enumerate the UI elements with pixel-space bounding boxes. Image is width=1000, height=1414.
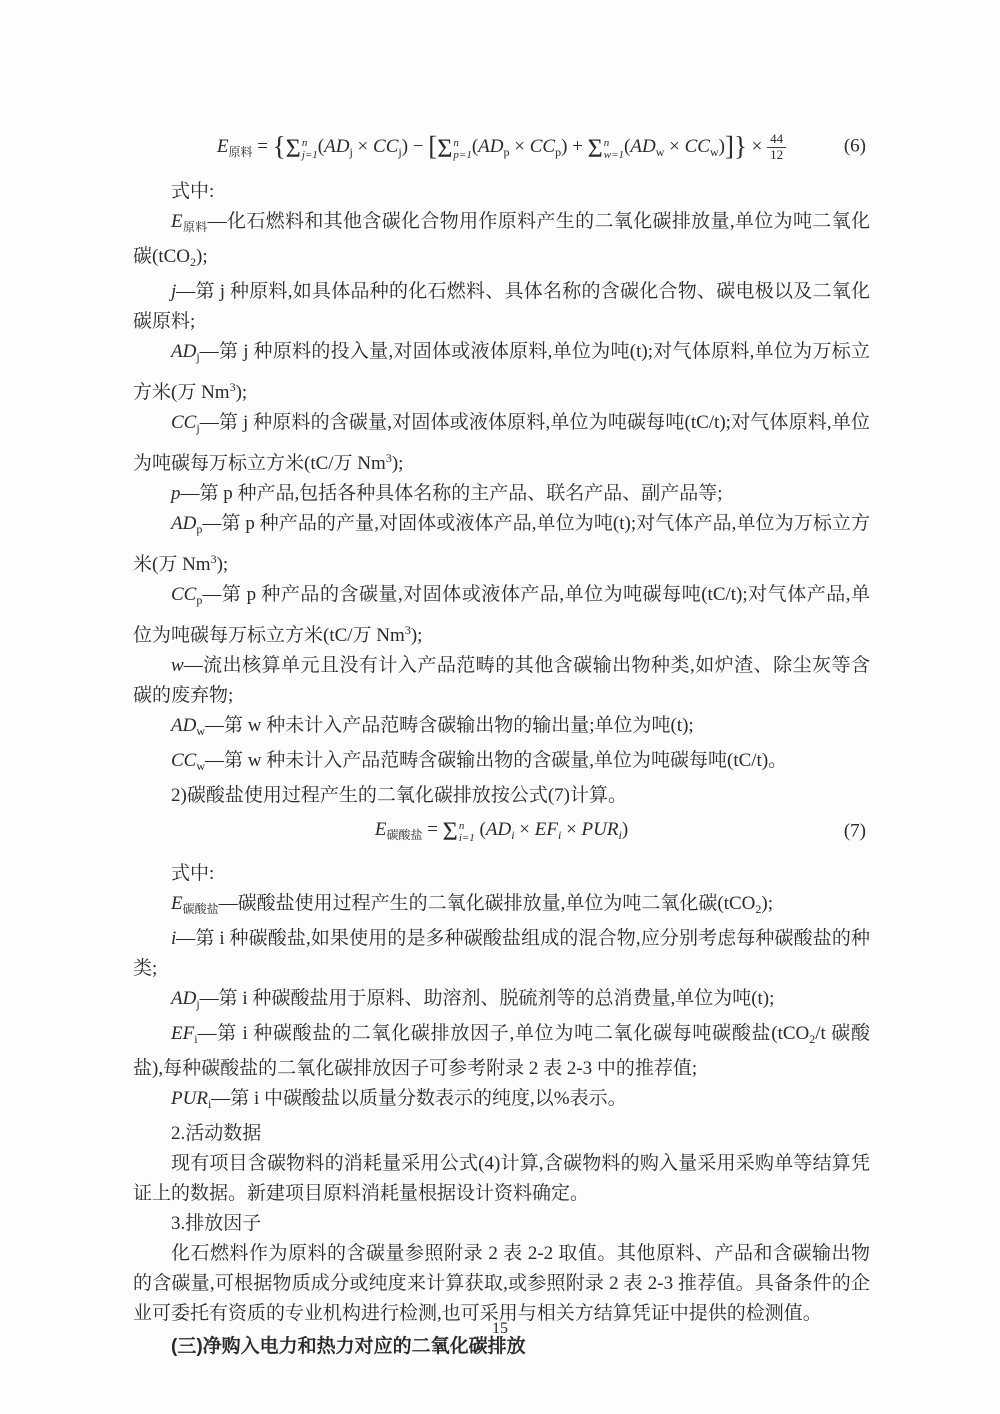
- text-run: —流出核算单元且没有计入产品范畴的其他含碳输出物种类,如炉渣、除尘灰等含碳的废弃…: [133, 655, 870, 706]
- text-run: 碳酸盐: [183, 902, 219, 916]
- text-run: E: [171, 893, 183, 914]
- paragraph: ADp—第 p 种产品的产量,对固体或液体产品,单位为吨(t);对气体产品,单位…: [133, 509, 870, 580]
- text-run: EF: [535, 819, 558, 840]
- text-run: E: [217, 136, 229, 157]
- text-run: CC: [171, 412, 196, 433]
- text-run: AD: [630, 136, 655, 157]
- equation-number: (7): [844, 821, 866, 844]
- text-run: 2)碳酸盐使用过程产生的二氧化碳排放按公式(7)计算。: [171, 785, 627, 806]
- text-run: ×: [353, 136, 373, 157]
- text-run: PUR: [171, 1088, 208, 1109]
- text-run: 原料: [228, 145, 252, 159]
- page-number: 15: [492, 1320, 508, 1337]
- paragraph: 3.排放因子: [133, 1209, 870, 1239]
- text-run: 式中:: [171, 863, 214, 884]
- text-run: 碳酸盐: [386, 828, 422, 842]
- text-run: ×: [561, 819, 581, 840]
- equation-number: (6): [844, 135, 866, 158]
- paragraph: 2)碳酸盐使用过程产生的二氧化碳排放按公式(7)计算。: [133, 781, 870, 811]
- paragraph: CCw—第 w 种未计入产品范畴含碳输出物的含碳量,单位为吨碳每吨(tC/t)。: [133, 746, 870, 781]
- page-footer: 15: [0, 1320, 1000, 1338]
- text-run: );: [411, 625, 423, 646]
- text-run: ×: [664, 136, 684, 157]
- text-run: 式中:: [171, 181, 214, 202]
- text-run: (: [475, 819, 486, 840]
- sum-symbol: Σni=1: [443, 819, 475, 845]
- text-run: AD: [171, 341, 196, 362]
- text-run: ×: [747, 136, 767, 157]
- paragraph: 2.活动数据: [133, 1119, 870, 1149]
- paragraph: PURi—第 i 中碳酸盐以质量分数表示的纯度,以%表示。: [133, 1084, 870, 1119]
- equation-7: E碳酸盐 = Σni=1 (ADi × EFi × PURi)(7): [133, 819, 870, 845]
- text-run: E: [375, 819, 387, 840]
- paragraph: 现有项目含碳物料的消耗量采用公式(4)计算,含碳物料的购入量采用采购单等结算凭证…: [133, 1149, 870, 1209]
- text-run: PUR: [582, 819, 619, 840]
- paragraph: ADw—第 w 种未计入产品范畴含碳输出物的输出量;单位为吨(t);: [133, 711, 870, 746]
- text-run: );: [236, 382, 248, 403]
- text-run: AD: [324, 136, 349, 157]
- text-run: ]: [725, 131, 734, 161]
- text-run: AD: [171, 988, 196, 1009]
- text-run: CC: [171, 750, 196, 771]
- paragraph: CCp—第 p 种产品的含碳量,对固体或液体产品,单位为吨碳每吨(tC/t);对…: [133, 580, 870, 651]
- text-run: ) +: [561, 136, 588, 157]
- text-run: CC: [685, 136, 710, 157]
- text-run: E: [171, 211, 183, 232]
- paragraph: p—第 p 种产品,包括各种具体名称的主产品、联名产品、副产品等;: [133, 479, 870, 509]
- text-run: AD: [478, 136, 503, 157]
- paragraph: E原料—化石燃料和其他含碳化合物用作原料产生的二氧化碳排放量,单位为吨二氧化碳(…: [133, 207, 870, 277]
- formula-math: E碳酸盐 = Σni=1 (ADi × EFi × PURi): [375, 819, 628, 845]
- paragraph: ADj—第 j 种原料的投入量,对固体或液体原料,单位为吨(t);对气体原料,单…: [133, 337, 870, 408]
- text-run: —第 w 种未计入产品范畴含碳输出物的输出量;单位为吨(t);: [205, 715, 694, 736]
- document-page: E原料 = {Σnj=1(ADj × CCj) − [Σnp=1(ADp × C…: [0, 0, 1000, 1414]
- text-run: );: [392, 453, 404, 474]
- text-run: AD: [486, 819, 511, 840]
- formula-math: E原料 = {Σnj=1(ADj × CCj) − [Σnp=1(ADp × C…: [217, 130, 786, 163]
- text-run: 2.活动数据: [171, 1123, 261, 1144]
- text-run: w: [196, 759, 205, 773]
- text-run: CC: [171, 584, 196, 605]
- text-run: —化石燃料和其他含碳化合物用作原料产生的二氧化碳排放量,单位为吨二氧化碳(tCO: [133, 211, 870, 267]
- text-run: 原料: [183, 220, 208, 234]
- paragraph: ADj—第 i 种碳酸盐用于原料、助溶剂、脱硫剂等的总消费量,单位为吨(t);: [133, 984, 870, 1019]
- sum-symbol: Σnp=1: [437, 136, 472, 162]
- text-run: —第 i 中碳酸盐以质量分数表示的纯度,以%表示。: [211, 1088, 626, 1109]
- paragraph: j—第 j 种原料,如具体品种的化石燃料、具体名称的含碳化合物、碳电极以及二氧化…: [133, 277, 870, 337]
- text-run: =: [252, 136, 272, 157]
- text-run: (三)净购入电力和热力对应的二氧化碳排放: [171, 1336, 526, 1357]
- text-run: —第 j 种原料的含碳量,对固体或液体原料,单位为吨碳每吨(tC/t);对气体原…: [133, 412, 870, 474]
- text-run: p: [171, 483, 181, 504]
- sum-symbol: Σnj=1: [286, 136, 318, 162]
- text-run: —第 w 种未计入产品范畴含碳输出物的含碳量,单位为吨碳每吨(tC/t)。: [205, 750, 787, 771]
- text-run: —第 p 种产品的产量,对固体或液体产品,单位为吨(t);对气体产品,单位为万标…: [133, 513, 870, 575]
- text-run: =: [422, 819, 442, 840]
- text-run: );: [196, 246, 208, 267]
- paragraph: EFi—第 i 种碳酸盐的二氧化碳排放因子,单位为吨二氧化碳每吨碳酸盐(tCO2…: [133, 1019, 870, 1084]
- text-run: w: [171, 655, 184, 676]
- text-run: CC: [530, 136, 555, 157]
- text-run: 现有项目含碳物料的消耗量采用公式(4)计算,含碳物料的购入量采用采购单等结算凭证…: [133, 1153, 870, 1204]
- text-run: AD: [171, 513, 196, 534]
- text-run: EF: [171, 1023, 194, 1044]
- paragraph: i—第 i 种碳酸盐,如果使用的是多种碳酸盐组成的混合物,应分别考虑每种碳酸盐的…: [133, 924, 870, 984]
- paragraph: 化石燃料作为原料的含碳量参照附录 2 表 2-2 取值。其他原料、产品和含碳输出…: [133, 1239, 870, 1329]
- text-run: —第 p 种产品的含碳量,对固体或液体产品,单位为吨碳每吨(tC/t);对气体产…: [133, 584, 870, 646]
- text-run: —碳酸盐使用过程产生的二氧化碳排放量,单位为吨二氧化碳(tCO: [219, 893, 756, 914]
- text-run: w: [196, 724, 205, 738]
- text-run: w: [710, 145, 719, 159]
- text-run: [: [428, 131, 437, 161]
- text-run: —第 p 种产品,包括各种具体名称的主产品、联名产品、副产品等;: [181, 483, 723, 504]
- fraction: 4412: [767, 132, 786, 163]
- text-run: }: [734, 131, 747, 161]
- text-run: —第 i 种碳酸盐用于原料、助溶剂、脱硫剂等的总消费量,单位为吨(t);: [200, 988, 775, 1009]
- text-run: CC: [373, 136, 398, 157]
- text-run: 化石燃料作为原料的含碳量参照附录 2 表 2-2 取值。其他原料、产品和含碳输出…: [133, 1243, 870, 1324]
- text-run: AD: [171, 715, 196, 736]
- paragraph: 式中:: [133, 859, 870, 889]
- equation-6: E原料 = {Σnj=1(ADj × CCj) − [Σnp=1(ADp × C…: [133, 130, 870, 163]
- paragraph: 式中:: [133, 177, 870, 207]
- text-run: ) −: [402, 136, 429, 157]
- document-content: E原料 = {Σnj=1(ADj × CCj) − [Σnp=1(ADp × C…: [133, 130, 870, 1362]
- sum-symbol: Σnw=1: [588, 136, 624, 162]
- text-run: 3.排放因子: [171, 1213, 261, 1234]
- text-run: ×: [510, 136, 530, 157]
- text-run: );: [761, 893, 773, 914]
- text-run: —第 i 种碳酸盐的二氧化碳排放因子,单位为吨二氧化碳每吨碳酸盐(tCO: [198, 1023, 810, 1044]
- text-run: ): [622, 819, 628, 840]
- paragraph: CCj—第 j 种原料的含碳量,对固体或液体原料,单位为吨碳每吨(tC/t);对…: [133, 408, 870, 479]
- text-run: —第 i 种碳酸盐,如果使用的是多种碳酸盐组成的混合物,应分别考虑每种碳酸盐的种…: [133, 928, 870, 979]
- text-run: {: [273, 131, 286, 161]
- text-run: ×: [515, 819, 535, 840]
- paragraph: E碳酸盐—碳酸盐使用过程产生的二氧化碳排放量,单位为吨二氧化碳(tCO2);: [133, 889, 870, 924]
- text-run: —第 j 种原料,如具体品种的化石燃料、具体名称的含碳化合物、碳电极以及二氧化碳…: [133, 281, 870, 332]
- paragraph: w—流出核算单元且没有计入产品范畴的其他含碳输出物种类,如炉渣、除尘灰等含碳的废…: [133, 651, 870, 711]
- text-run: );: [217, 554, 229, 575]
